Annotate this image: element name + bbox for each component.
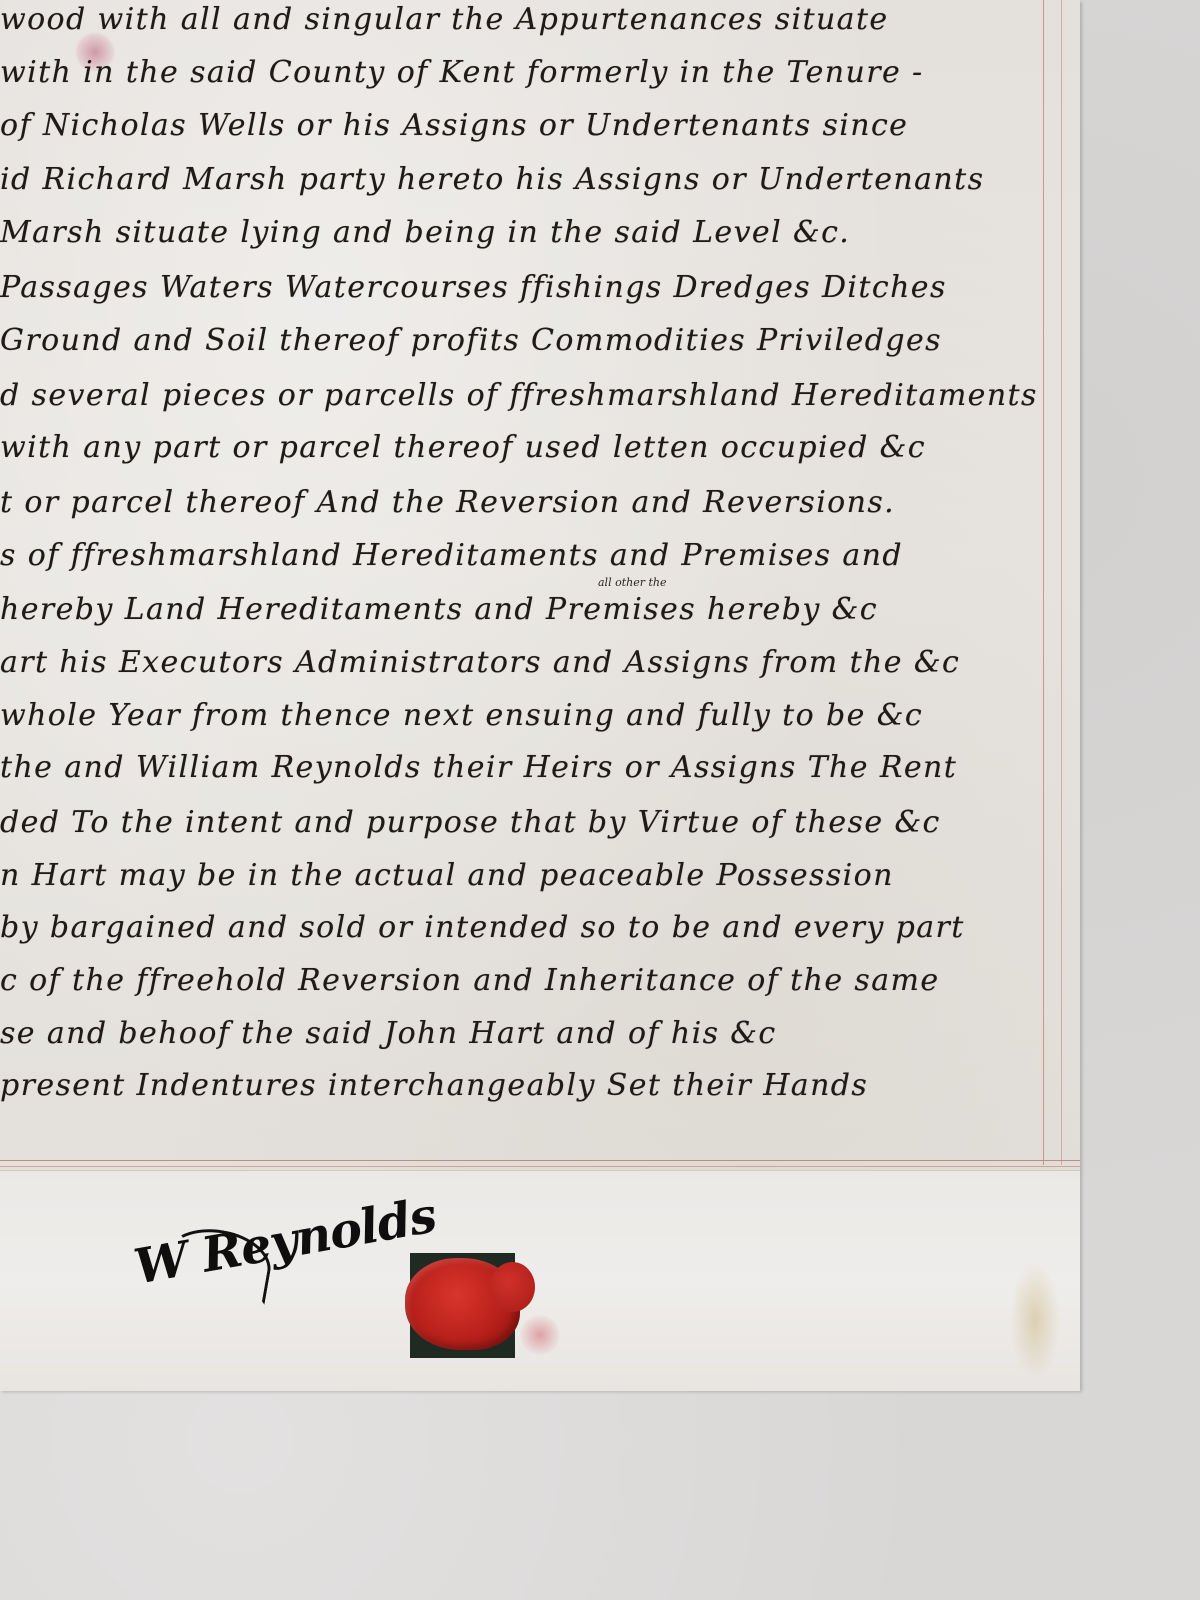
deed-text-area: wood with all and singular the Appurtena… — [0, 0, 1080, 1165]
deed-line: the and William Reynolds their Heirs or … — [0, 750, 957, 785]
deed-line: of Nicholas Wells or his Assigns or Unde… — [0, 108, 908, 143]
wax-seal-lobe — [490, 1262, 535, 1312]
deed-line: present Indentures interchangeably Set t… — [0, 1068, 868, 1103]
deed-line: id Richard Marsh party hereto his Assign… — [0, 162, 984, 197]
deed-line: d several pieces or parcells of ffreshma… — [0, 378, 1038, 413]
wax-residue — [520, 1315, 560, 1355]
margin-rule — [1061, 0, 1062, 1165]
interlineation: all other the — [598, 576, 667, 589]
bottom-rule — [0, 1160, 1080, 1161]
stain-mark — [1010, 1260, 1060, 1380]
deed-line: with any part or parcel thereof used let… — [0, 430, 926, 465]
deed-line: ded To the intent and purpose that by Vi… — [0, 805, 941, 840]
deed-line: s of ffreshmarshland Hereditaments and P… — [0, 538, 903, 573]
deed-line: n Hart may be in the actual and peaceabl… — [0, 858, 894, 893]
bottom-rule — [0, 1166, 1080, 1167]
margin-rule — [1043, 0, 1044, 1165]
deed-line: t or parcel thereof And the Reversion an… — [0, 485, 895, 520]
deed-line: by bargained and sold or intended so to … — [0, 910, 965, 945]
deed-line: hereby Land Hereditaments and Premises h… — [0, 592, 878, 627]
deed-line: art his Executors Administrators and Ass… — [0, 645, 960, 680]
deed-line: whole Year from thence next ensuing and … — [0, 698, 923, 733]
deed-line: Ground and Soil thereof profits Commodit… — [0, 323, 942, 358]
deed-line: c of the ffreehold Reversion and Inherit… — [0, 963, 940, 998]
deed-line: Marsh situate lying and being in the sai… — [0, 215, 850, 250]
deed-line: se and behoof the said John Hart and of … — [0, 1016, 777, 1051]
deed-line: Passages Waters Watercourses ffishings D… — [0, 270, 947, 305]
parchment-document: wood with all and singular the Appurtena… — [0, 0, 1080, 1390]
deed-line: with in the said County of Kent formerly… — [0, 55, 924, 90]
deed-line: wood with all and singular the Appurtena… — [0, 2, 889, 37]
